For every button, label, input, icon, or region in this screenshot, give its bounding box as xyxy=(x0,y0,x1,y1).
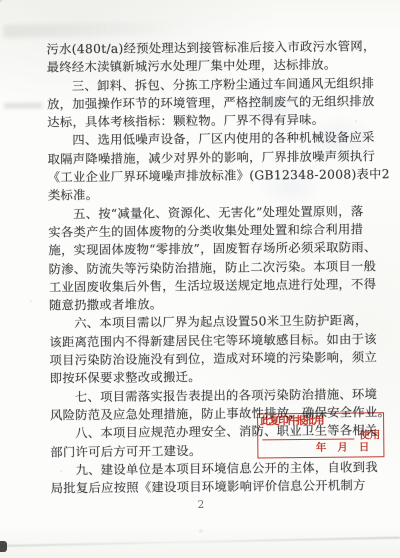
document-line: 项目污染防治设施没有到位，造成对环境的污染影响，须立 xyxy=(49,348,379,369)
page-number: 2 xyxy=(2,497,400,513)
scanned-page: 污水(480t/a)经预处理达到接管标准后接入市政污水管网，最终经木渎镇新城污水… xyxy=(0,0,400,558)
scan-smudge-top xyxy=(3,21,193,38)
document-line: 《工业企业厂界环境噪声排放标准》(GB12348-2008)表中2 xyxy=(48,165,378,186)
approval-stamp: 此复印件报批用 使用 年月日 xyxy=(257,412,384,458)
stamp-text-line1: 此复印件报批用 xyxy=(260,414,380,428)
page-tilt-layer: 污水(480t/a)经预处理达到接管标准后接入市政污水管网，最终经木渎镇新城污水… xyxy=(0,0,400,558)
scan-smudge-left xyxy=(4,103,42,109)
stamp-fill-in-row: 使用 xyxy=(260,427,380,442)
scan-noise-speckles xyxy=(0,0,2,2)
stamp-use-label: 使用 xyxy=(359,429,380,441)
stamp-blank-line xyxy=(262,430,354,441)
document-line: 局批复后应按照《建设项目环境影响评价信息公开机制方 xyxy=(51,476,381,497)
document-line: 工业固废收集后外售，生活垃圾送规定地点进行处理，不得 xyxy=(49,275,379,296)
document-line: 放，加强操作环节的环境管理，严格控制废气的无组织排放 xyxy=(47,92,377,113)
stamp-date-row: 年月日 xyxy=(260,441,380,456)
scan-corner-mark xyxy=(0,541,7,552)
